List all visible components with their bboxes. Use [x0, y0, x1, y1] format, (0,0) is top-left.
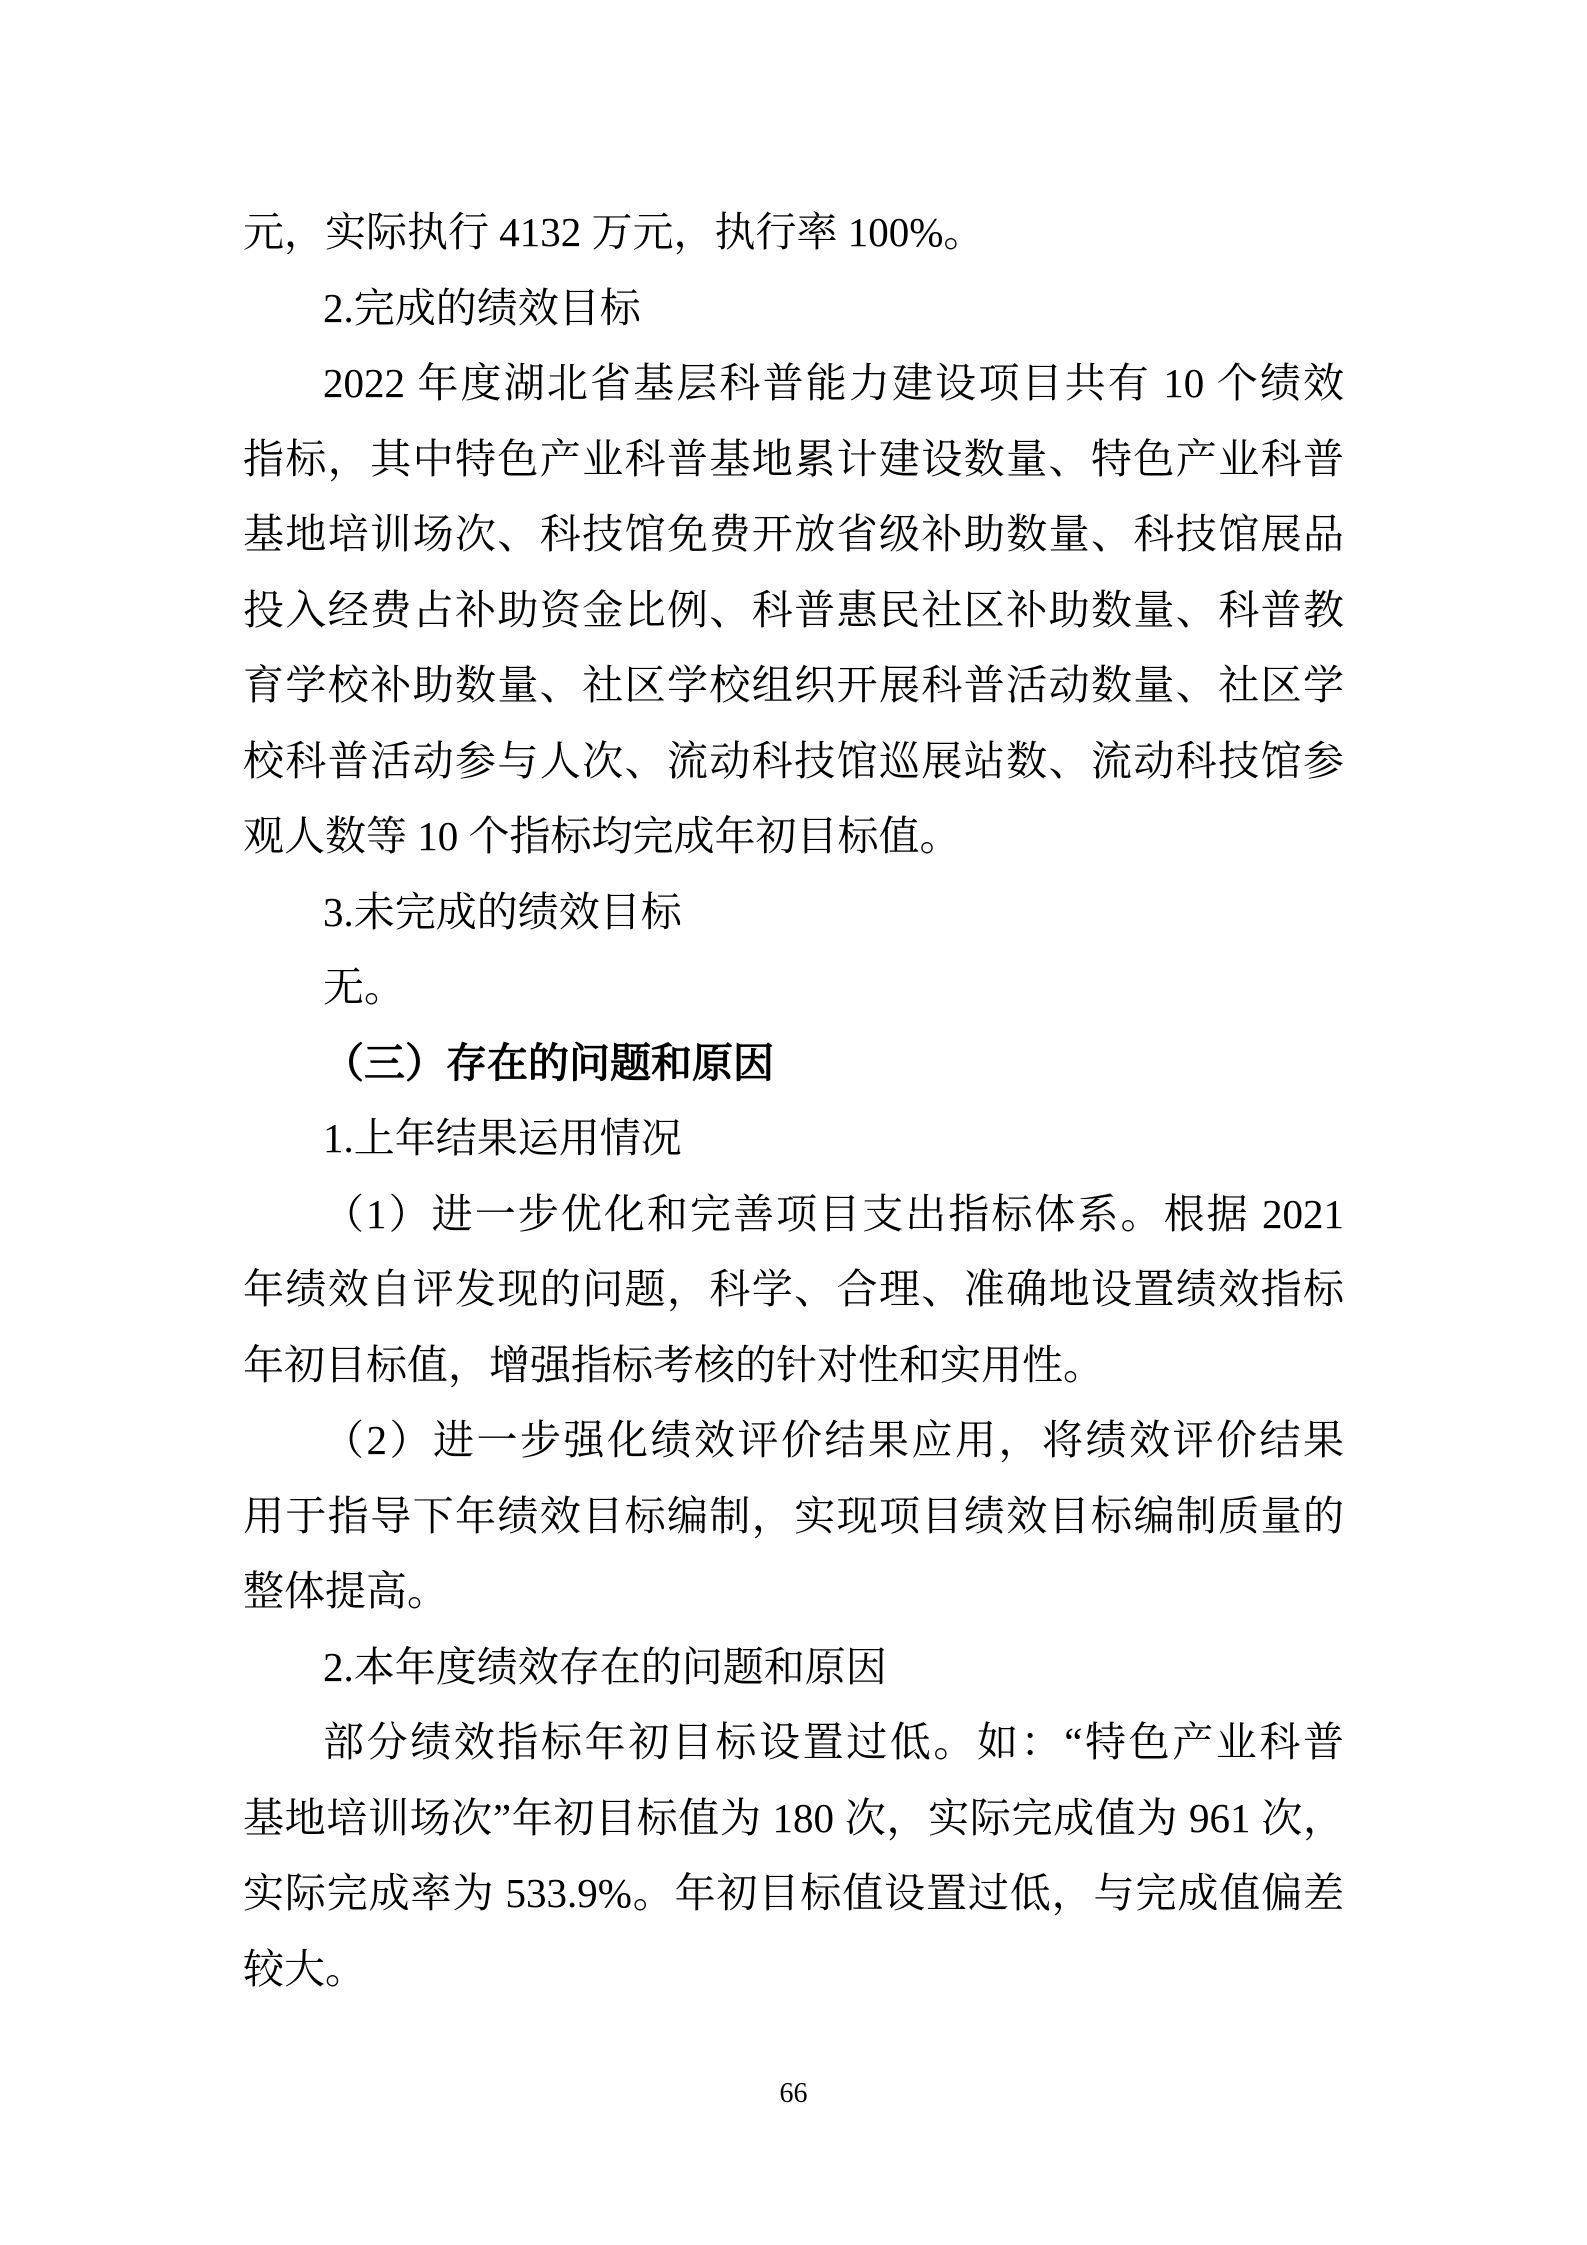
text-line: 部分绩效指标年初目标设置过低。如：“特色产业科普 [243, 1705, 1344, 1781]
text-line: 年绩效自评发现的问题，科学、合理、准确地设置绩效指标 [243, 1252, 1344, 1328]
document-page: 元，实际执行 4132 万元，执行率 100%。2.完成的绩效目标2022 年度… [0, 0, 1587, 2245]
text-line: 1.上年结果运用情况 [243, 1101, 1344, 1177]
text-line: 2.本年度绩效存在的问题和原因 [243, 1630, 1344, 1706]
text-line: 基地培训场次、科技馆免费开放省级补助数量、科技馆展品 [243, 497, 1344, 573]
text-line: 用于指导下年绩效目标编制，实现项目绩效目标编制质量的 [243, 1479, 1344, 1555]
text-line: 2.完成的绩效目标 [243, 271, 1344, 347]
text-line: 整体提高。 [243, 1554, 1344, 1630]
text-line: 2022 年度湖北省基层科普能力建设项目共有 10 个绩效 [243, 346, 1344, 422]
text-line: 较大。 [243, 1932, 1344, 2008]
text-line: 基地培训场次”年初目标值为 180 次，实际完成值为 961 次， [243, 1781, 1344, 1857]
text-line: 元，实际执行 4132 万元，执行率 100%。 [243, 195, 1344, 271]
text-line: 指标，其中特色产业科普基地累计建设数量、特色产业科普 [243, 422, 1344, 498]
text-line: （2）进一步强化绩效评价结果应用，将绩效评价结果 [243, 1403, 1344, 1479]
text-line: 无。 [243, 950, 1344, 1026]
text-line: （三）存在的问题和原因 [243, 1026, 1344, 1102]
text-line: 实际完成率为 533.9%。年初目标值设置过低，与完成值偏差 [243, 1856, 1344, 1932]
page-number: 66 [0, 2078, 1587, 2110]
text-line: 投入经费占补助资金比例、科普惠民社区补助数量、科普教 [243, 573, 1344, 649]
document-body: 元，实际执行 4132 万元，执行率 100%。2.完成的绩效目标2022 年度… [243, 195, 1344, 2007]
text-line: 3.未完成的绩效目标 [243, 875, 1344, 951]
text-line: 年初目标值，增强指标考核的针对性和实用性。 [243, 1328, 1344, 1404]
text-line: 校科普活动参与人次、流动科技馆巡展站数、流动科技馆参 [243, 724, 1344, 800]
text-line: （1）进一步优化和完善项目支出指标体系。根据 2021 [243, 1177, 1344, 1253]
text-line: 观人数等 10 个指标均完成年初目标值。 [243, 799, 1344, 875]
text-line: 育学校补助数量、社区学校组织开展科普活动数量、社区学 [243, 648, 1344, 724]
